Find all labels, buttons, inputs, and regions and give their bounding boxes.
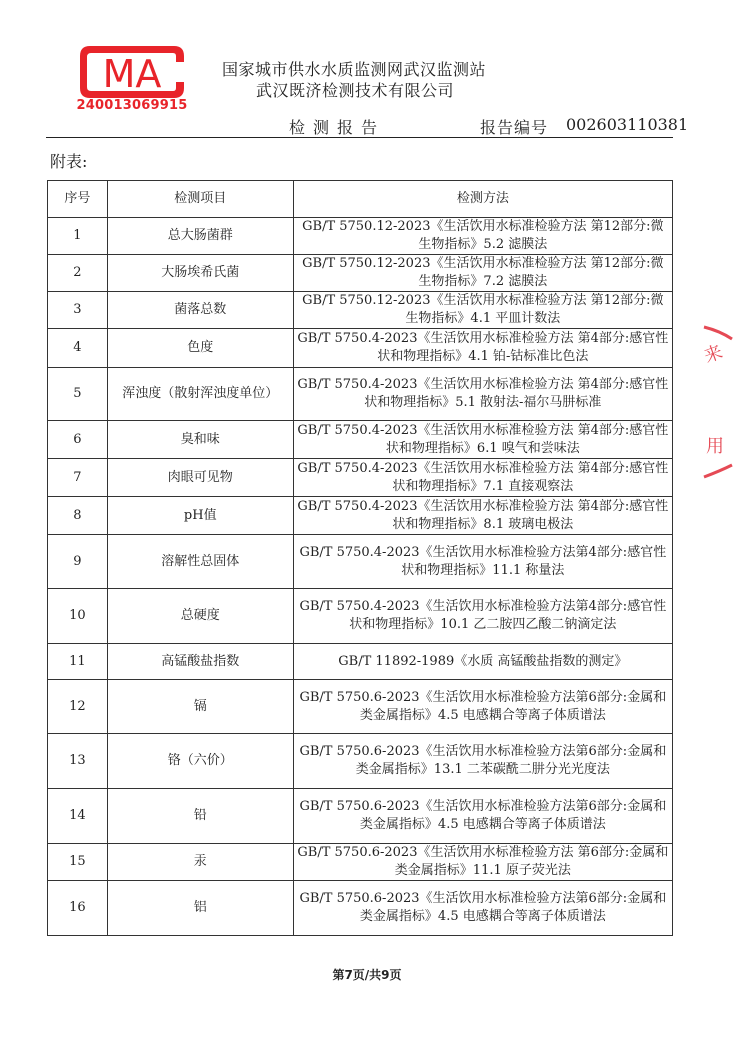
cell-number: 15	[48, 844, 108, 881]
cell-number: 7	[48, 459, 108, 497]
organization-line-2: 武汉既济检测技术有限公司	[256, 78, 454, 101]
table-row: 12镉GB/T 5750.6-2023《生活饮用水标准检验方法第6部分:金属和类…	[48, 680, 673, 734]
cell-number: 13	[48, 734, 108, 789]
column-header-method: 检测方法	[293, 181, 672, 218]
table-row: 3菌落总数GB/T 5750.12-2023《生活饮用水标准检验方法 第12部分…	[48, 292, 673, 329]
cell-test-method: GB/T 5750.4-2023《生活饮用水标准检验方法 第4部分:感官性状和物…	[293, 368, 672, 421]
cell-test-method: GB/T 5750.4-2023《生活饮用水标准检验方法第4部分:感官性状和物理…	[293, 589, 672, 644]
cell-test-method: GB/T 5750.4-2023《生活饮用水标准检验方法第4部分:感官性状和物理…	[293, 535, 672, 589]
cell-test-method: GB/T 5750.4-2023《生活饮用水标准检验方法 第4部分:感官性状和物…	[293, 329, 672, 368]
table-row: 14铅GB/T 5750.6-2023《生活饮用水标准检验方法第6部分:金属和类…	[48, 789, 673, 844]
table-row: 5浑浊度（散射浑浊度单位）GB/T 5750.4-2023《生活饮用水标准检验方…	[48, 368, 673, 421]
cell-test-item: 总硬度	[107, 589, 293, 644]
cell-test-method: GB/T 5750.6-2023《生活饮用水标准检验方法第6部分:金属和类金属指…	[293, 881, 672, 936]
cell-number: 14	[48, 789, 108, 844]
cell-test-item: 肉眼可见物	[107, 459, 293, 497]
attachment-label: 附表:	[50, 149, 87, 172]
cell-test-item: 臭和味	[107, 421, 293, 459]
cell-test-item: 铅	[107, 789, 293, 844]
cell-number: 16	[48, 881, 108, 936]
test-methods-table: 序号 检测项目 检测方法 1总大肠菌群GB/T 5750.12-2023《生活饮…	[47, 180, 673, 936]
table-row: 2大肠埃希氏菌GB/T 5750.12-2023《生活饮用水标准检验方法 第12…	[48, 255, 673, 292]
table-row: 6臭和味GB/T 5750.4-2023《生活饮用水标准检验方法 第4部分:感官…	[48, 421, 673, 459]
cell-test-item: 镉	[107, 680, 293, 734]
cell-number: 2	[48, 255, 108, 292]
cell-number: 5	[48, 368, 108, 421]
table-row: 10总硬度GB/T 5750.4-2023《生活饮用水标准检验方法第4部分:感官…	[48, 589, 673, 644]
cell-number: 4	[48, 329, 108, 368]
header-divider	[46, 137, 673, 138]
table-body: 1总大肠菌群GB/T 5750.12-2023《生活饮用水标准检验方法 第12部…	[48, 218, 673, 936]
page-number: 第7页/共9页	[0, 966, 734, 983]
table-row: 9溶解性总固体GB/T 5750.4-2023《生活饮用水标准检验方法第4部分:…	[48, 535, 673, 589]
column-header-item: 检测项目	[107, 181, 293, 218]
cell-test-item: pH值	[107, 497, 293, 535]
table-row: 1总大肠菌群GB/T 5750.12-2023《生活饮用水标准检验方法 第12部…	[48, 218, 673, 255]
cell-test-method: GB/T 5750.6-2023《生活饮用水标准检验方法 第6部分:金属和类金属…	[293, 844, 672, 881]
cell-test-item: 汞	[107, 844, 293, 881]
cell-number: 11	[48, 644, 108, 680]
table-row: 13铬（六价）GB/T 5750.6-2023《生活饮用水标准检验方法第6部分:…	[48, 734, 673, 789]
cell-number: 12	[48, 680, 108, 734]
report-number: 002603110381	[566, 115, 688, 134]
cell-test-item: 高锰酸盐指数	[107, 644, 293, 680]
cell-test-method: GB/T 5750.4-2023《生活饮用水标准检验方法 第4部分:感官性状和物…	[293, 497, 672, 535]
cell-test-item: 溶解性总固体	[107, 535, 293, 589]
cell-number: 6	[48, 421, 108, 459]
cell-test-item: 浑浊度（散射浑浊度单位）	[107, 368, 293, 421]
cell-test-method: GB/T 5750.12-2023《生活饮用水标准检验方法 第12部分:微生物指…	[293, 292, 672, 329]
cell-test-item: 大肠埃希氏菌	[107, 255, 293, 292]
cma-logo-icon: MA	[76, 42, 188, 102]
cell-number: 8	[48, 497, 108, 535]
table-header-row: 序号 检测项目 检测方法	[48, 181, 673, 218]
cell-test-method: GB/T 5750.4-2023《生活饮用水标准检验方法 第4部分:感官性状和物…	[293, 459, 672, 497]
cell-test-method: GB/T 5750.12-2023《生活饮用水标准检验方法 第12部分:微生物指…	[293, 255, 672, 292]
cell-test-item: 色度	[107, 329, 293, 368]
cell-test-method: GB/T 5750.12-2023《生活饮用水标准检验方法 第12部分:微生物指…	[293, 218, 672, 255]
cell-number: 10	[48, 589, 108, 644]
report-title: 检测报告	[289, 115, 385, 138]
cell-test-item: 菌落总数	[107, 292, 293, 329]
cell-test-item: 铬（六价）	[107, 734, 293, 789]
cell-test-item: 总大肠菌群	[107, 218, 293, 255]
organization-line-1: 国家城市供水水质监测网武汉监测站	[222, 57, 486, 80]
table-row: 8pH值GB/T 5750.4-2023《生活饮用水标准检验方法 第4部分:感官…	[48, 497, 673, 535]
table-row: 4色度GB/T 5750.4-2023《生活饮用水标准检验方法 第4部分:感官性…	[48, 329, 673, 368]
svg-text:MA: MA	[103, 52, 162, 96]
seal-text-2: 用	[706, 432, 724, 458]
cell-test-method: GB/T 5750.6-2023《生活饮用水标准检验方法第6部分:金属和类金属指…	[293, 734, 672, 789]
cell-test-method: GB/T 5750.4-2023《生活饮用水标准检验方法 第4部分:感官性状和物…	[293, 421, 672, 459]
cell-test-method: GB/T 11892-1989《水质 高锰酸盐指数的测定》	[293, 644, 672, 680]
cell-test-item: 铝	[107, 881, 293, 936]
report-number-label: 报告编号	[480, 115, 548, 138]
cell-test-method: GB/T 5750.6-2023《生活饮用水标准检验方法第6部分:金属和类金属指…	[293, 680, 672, 734]
column-header-no: 序号	[48, 181, 108, 218]
table-row: 7肉眼可见物GB/T 5750.4-2023《生活饮用水标准检验方法 第4部分:…	[48, 459, 673, 497]
cell-test-method: GB/T 5750.6-2023《生活饮用水标准检验方法第6部分:金属和类金属指…	[293, 789, 672, 844]
table-row: 11高锰酸盐指数GB/T 11892-1989《水质 高锰酸盐指数的测定》	[48, 644, 673, 680]
cell-number: 1	[48, 218, 108, 255]
table-row: 15汞GB/T 5750.6-2023《生活饮用水标准检验方法 第6部分:金属和…	[48, 844, 673, 881]
table-row: 16铝GB/T 5750.6-2023《生活饮用水标准检验方法第6部分:金属和类…	[48, 881, 673, 936]
cell-number: 3	[48, 292, 108, 329]
cell-number: 9	[48, 535, 108, 589]
cma-certificate-number: 240013069915	[76, 98, 188, 113]
